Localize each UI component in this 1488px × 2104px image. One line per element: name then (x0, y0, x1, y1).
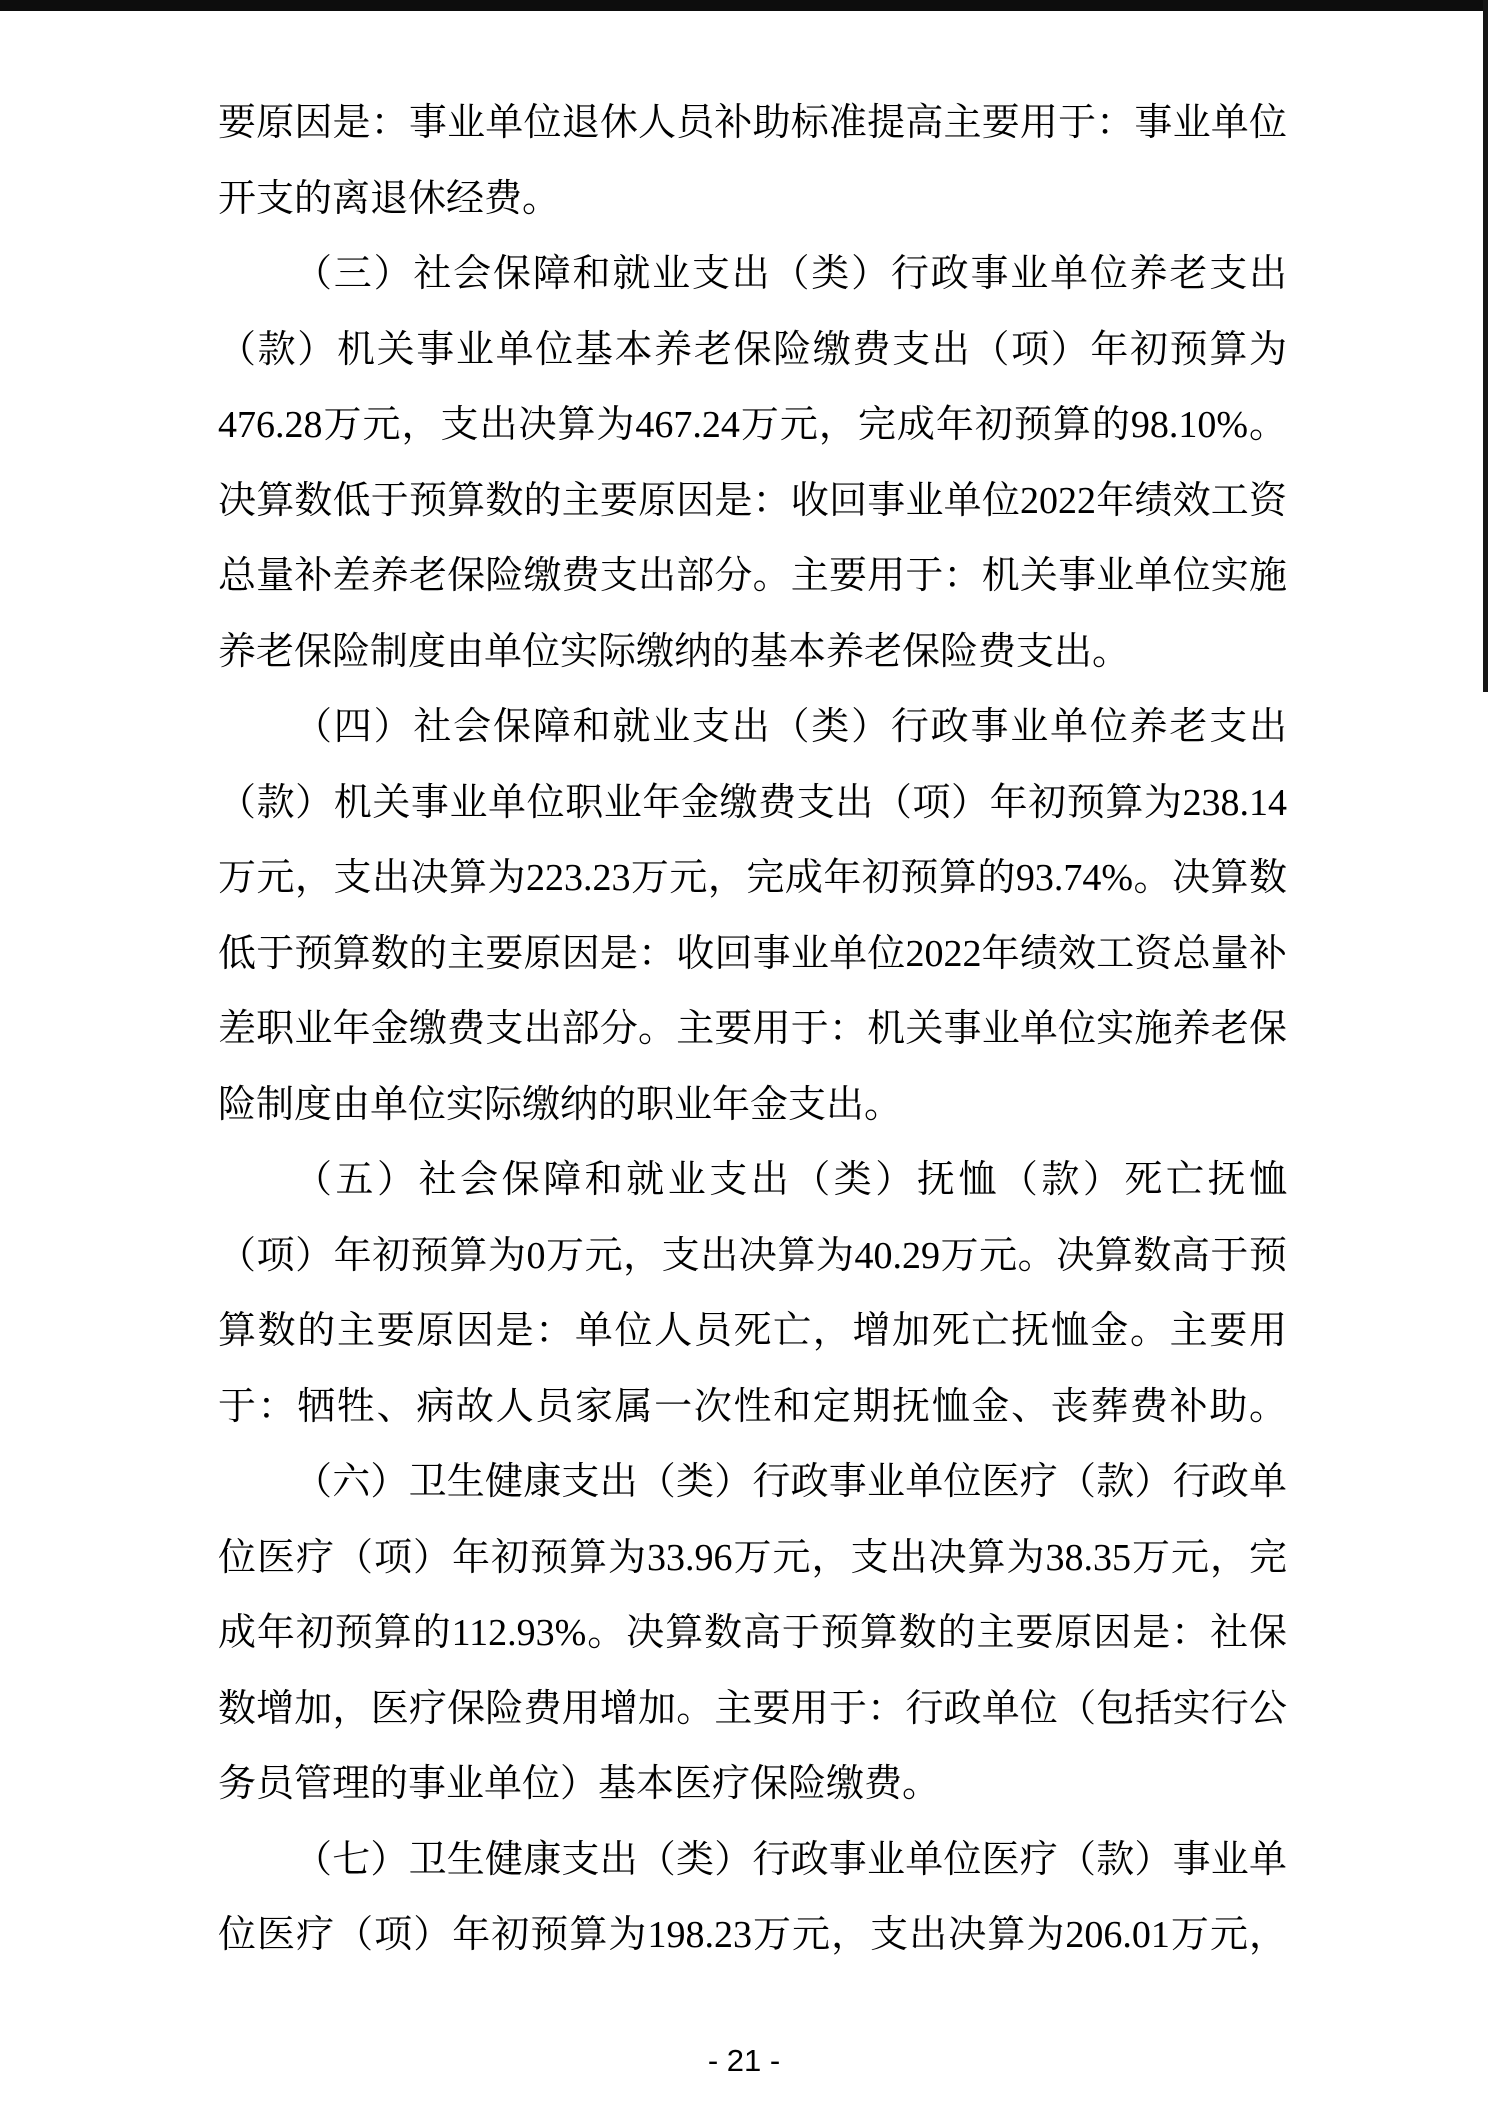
text-line: （项）年初预算为0万元，支出决算为40.29万元。决算数高于预 (218, 1219, 1287, 1295)
text-line: 要原因是：事业单位退休人员补助标准提高主要用于：事业单位 (218, 86, 1287, 162)
text-line: （款）机关事业单位基本养老保险缴费支出（项）年初预算为 (218, 313, 1287, 389)
text-line: 务员管理的事业单位）基本医疗保险缴费。 (218, 1747, 1287, 1823)
text-line: （六）卫生健康支出（类）行政事业单位医疗（款）行政单 (218, 1445, 1287, 1521)
text-line: 算数的主要原因是：单位人员死亡，增加死亡抚恤金。主要用 (218, 1294, 1287, 1370)
text-line: （款）机关事业单位职业年金缴费支出（项）年初预算为238.14 (218, 766, 1287, 842)
paragraph-item-3: （三）社会保障和就业支出（类）行政事业单位养老支出 （款）机关事业单位基本养老保… (218, 237, 1287, 690)
paragraph-item-5: （五）社会保障和就业支出（类）抚恤（款）死亡抚恤 （项）年初预算为0万元，支出决… (218, 1143, 1287, 1445)
text-line: 于：牺牲、病故人员家属一次性和定期抚恤金、丧葬费补助。 (218, 1370, 1287, 1446)
scan-artifact-top-bar (0, 0, 1488, 11)
text-block: 要原因是：事业单位退休人员补助标准提高主要用于：事业单位 开支的离退休经费。 （… (218, 86, 1287, 1974)
paragraph-item-4: （四）社会保障和就业支出（类）行政事业单位养老支出 （款）机关事业单位职业年金缴… (218, 690, 1287, 1143)
text-line: （四）社会保障和就业支出（类）行政事业单位养老支出 (218, 690, 1287, 766)
text-line: 数增加，医疗保险费用增加。主要用于：行政单位（包括实行公 (218, 1672, 1287, 1748)
text-line: 总量补差养老保险缴费支出部分。主要用于：机关事业单位实施 (218, 539, 1287, 615)
text-line: 低于预算数的主要原因是：收回事业单位2022年绩效工资总量补 (218, 917, 1287, 993)
text-line: 万元，支出决算为223.23万元，完成年初预算的93.74%。决算数 (218, 841, 1287, 917)
paragraph-item-6: （六）卫生健康支出（类）行政事业单位医疗（款）行政单 位医疗（项）年初预算为33… (218, 1445, 1287, 1823)
text-line: （三）社会保障和就业支出（类）行政事业单位养老支出 (218, 237, 1287, 313)
paragraph-continuation: 要原因是：事业单位退休人员补助标准提高主要用于：事业单位 开支的离退休经费。 (218, 86, 1287, 237)
text-line: 差职业年金缴费支出部分。主要用于：机关事业单位实施养老保 (218, 992, 1287, 1068)
text-line: 决算数低于预算数的主要原因是：收回事业单位2022年绩效工资 (218, 464, 1287, 540)
text-line: 成年初预算的112.93%。决算数高于预算数的主要原因是：社保基 (218, 1596, 1287, 1672)
paragraph-item-7: （七）卫生健康支出（类）行政事业单位医疗（款）事业单 位医疗（项）年初预算为19… (218, 1823, 1287, 1974)
text-line: 位医疗（项）年初预算为198.23万元，支出决算为206.01万元， (218, 1898, 1287, 1974)
scan-artifact-right-edge (1483, 0, 1488, 692)
text-line: 开支的离退休经费。 (218, 162, 1287, 238)
text-line: 476.28万元，支出决算为467.24万元，完成年初预算的98.10%。 (218, 388, 1287, 464)
text-line: 位医疗（项）年初预算为33.96万元，支出决算为38.35万元，完 (218, 1521, 1287, 1597)
text-line: （七）卫生健康支出（类）行政事业单位医疗（款）事业单 (218, 1823, 1287, 1899)
document-page: 要原因是：事业单位退休人员补助标准提高主要用于：事业单位 开支的离退休经费。 （… (0, 0, 1488, 2104)
text-line: （五）社会保障和就业支出（类）抚恤（款）死亡抚恤 (218, 1143, 1287, 1219)
page-number: - 21 - (0, 2044, 1488, 2078)
text-line: 险制度由单位实际缴纳的职业年金支出。 (218, 1068, 1287, 1144)
text-line: 养老保险制度由单位实际缴纳的基本养老保险费支出。 (218, 615, 1287, 691)
